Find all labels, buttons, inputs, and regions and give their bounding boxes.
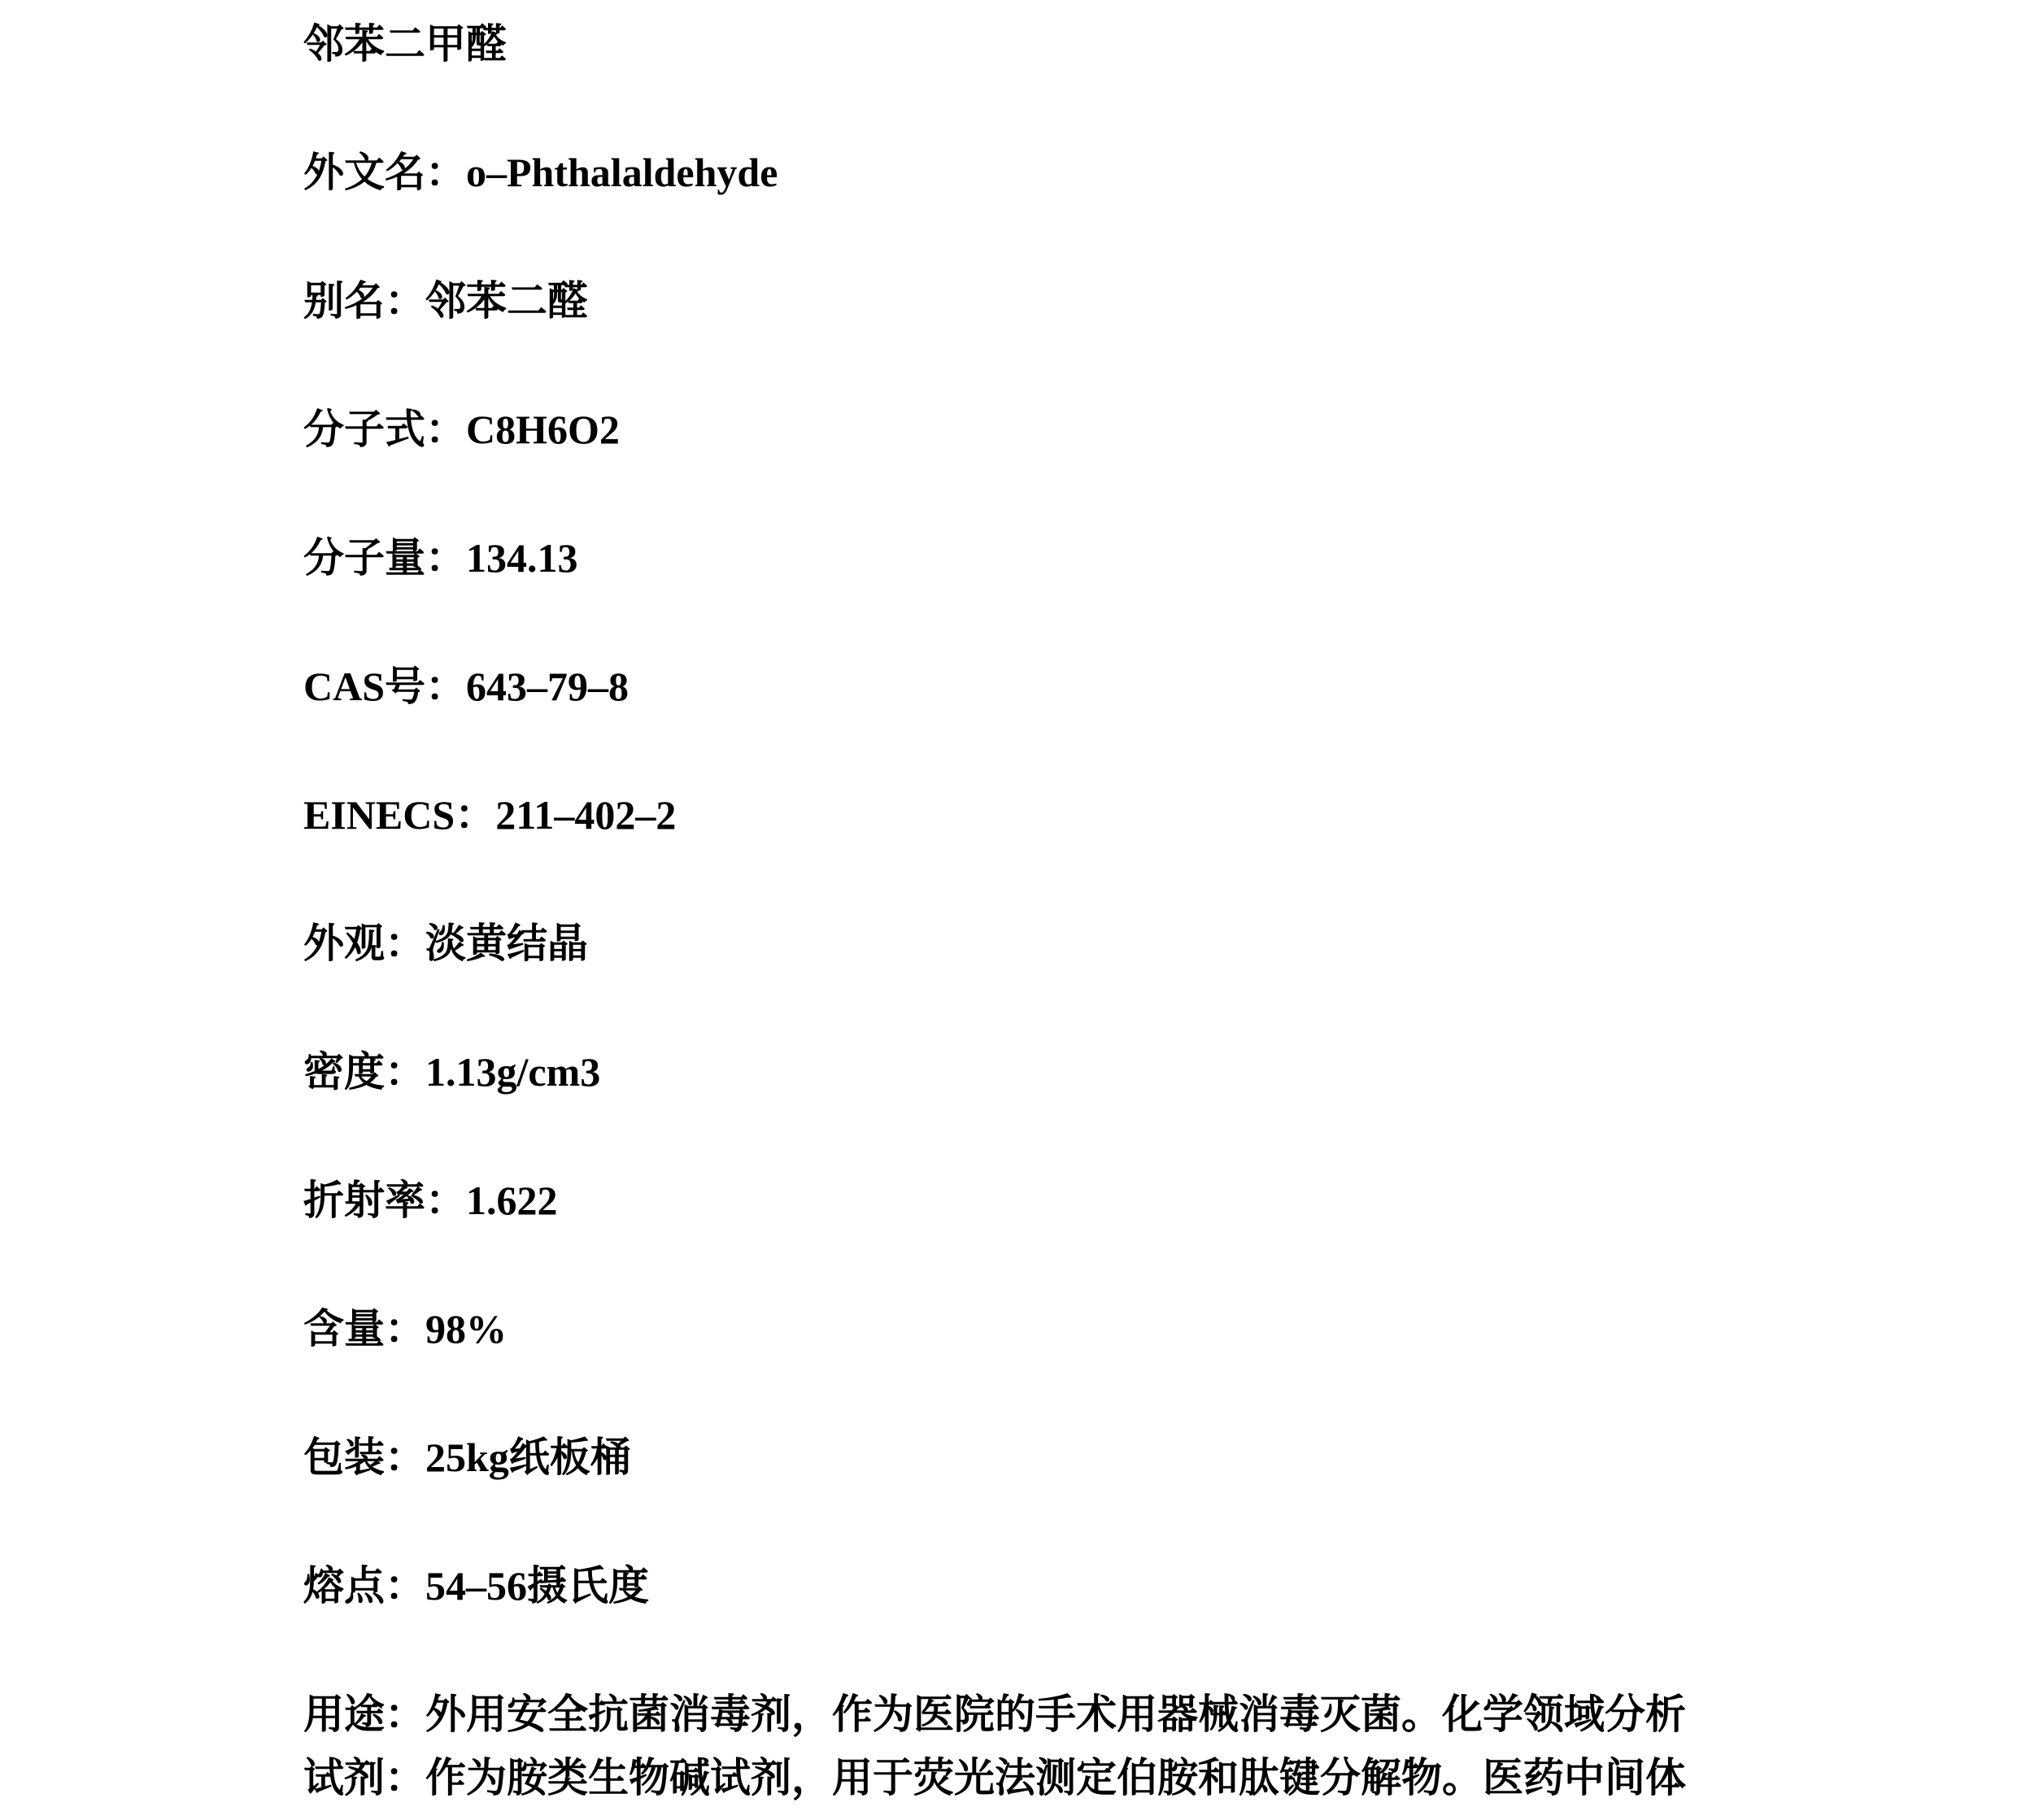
field-value: 邻苯二醛	[425, 278, 588, 324]
field-label: 别名	[303, 278, 385, 324]
field-value: 淡黄结晶	[425, 921, 588, 966]
field-value: o–Phthalaldehyde	[466, 150, 778, 195]
field-value: C8H6O2	[466, 407, 620, 452]
field-row-packaging: 包装：25kg纸板桶	[303, 1426, 2017, 1489]
field-separator: ：	[385, 1306, 425, 1352]
field-separator: ：	[425, 150, 466, 195]
field-label: CAS号	[303, 664, 425, 709]
field-value: 134.13	[466, 535, 578, 581]
field-row-appearance: 外观：淡黄结晶	[303, 912, 2017, 975]
field-value: 643–79–8	[466, 664, 629, 709]
field-separator: ：	[425, 664, 466, 709]
field-row-molecular-weight: 分子量：134.13	[303, 526, 2017, 590]
field-row-foreign-name: 外文名：o–Phthalaldehyde	[303, 141, 2017, 204]
usage-line-2: 试剂：作为胺类生物碱试剂，用于荧光法测定伯胺和肽键分解物。医药中间体	[303, 1746, 2017, 1809]
field-row-alias: 别名：邻苯二醛	[303, 269, 2017, 333]
field-row-refractive-index: 折射率：1.622	[303, 1169, 2017, 1232]
field-label: EINECS	[303, 792, 455, 838]
field-label: 熔点	[303, 1563, 385, 1609]
field-separator: ：	[385, 921, 425, 966]
field-value: 211–402–2	[495, 792, 676, 838]
field-separator: ：	[455, 792, 495, 838]
field-label: 含量	[303, 1306, 385, 1352]
chemical-spec-document: 邻苯二甲醛 外文名：o–Phthalaldehyde 别名：邻苯二醛 分子式：C…	[0, 0, 2017, 1820]
field-separator: ：	[425, 1178, 466, 1223]
usage-paragraph: 用途：外用安全抗菌消毒剂，作为医院的手术用器械消毒灭菌。化学领域分析 试剂：作为…	[303, 1683, 2017, 1809]
field-label: 折射率	[303, 1178, 425, 1223]
field-label: 分子量	[303, 535, 425, 581]
field-separator: ：	[425, 407, 466, 452]
field-row-density: 密度：1.13g/cm3	[303, 1040, 2017, 1104]
page-title: 邻苯二甲醛	[303, 12, 2017, 76]
field-value: 1.13g/cm3	[425, 1049, 600, 1095]
field-label: 密度	[303, 1049, 385, 1095]
field-label: 外文名	[303, 150, 425, 195]
field-value: 25kg纸板桶	[425, 1435, 631, 1480]
field-row-purity: 含量：98%	[303, 1297, 2017, 1361]
field-row-molecular-formula: 分子式：C8H6O2	[303, 398, 2017, 461]
field-separator: ：	[385, 1049, 425, 1095]
usage-line-1: 用途：外用安全抗菌消毒剂，作为医院的手术用器械消毒灭菌。化学领域分析	[303, 1683, 2017, 1746]
field-label: 分子式	[303, 407, 425, 452]
field-value: 54–56摄氏度	[425, 1563, 649, 1609]
field-label: 包装	[303, 1435, 385, 1480]
field-separator: ：	[385, 1435, 425, 1480]
field-label: 外观	[303, 921, 385, 966]
field-value: 1.622	[466, 1178, 558, 1223]
field-separator: ：	[385, 1563, 425, 1609]
field-row-cas-number: CAS号：643–79–8	[303, 655, 2017, 718]
field-separator: ：	[425, 535, 466, 581]
field-row-einecs: EINECS：211–402–2	[303, 783, 2017, 847]
field-separator: ：	[385, 278, 425, 324]
field-value: 98%	[425, 1306, 507, 1352]
field-row-melting-point: 熔点：54–56摄氏度	[303, 1554, 2017, 1618]
